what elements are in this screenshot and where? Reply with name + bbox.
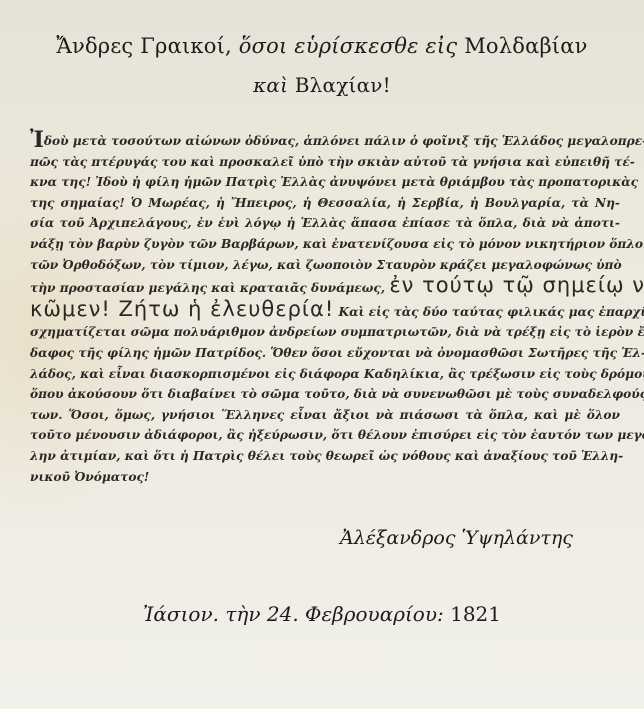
date-place: Ἰάσιον. τὴν 24. Φεβρουαρίου: [143,602,444,626]
body-line: κνα της! Ἰδοὺ ἡ φίλη ἡμῶν Πατρὶς Ἑλλὰς ἀ… [30,172,620,193]
motto-emphasis: ἐν τούτῳ τῷ σημείῳ νι- [389,273,644,297]
title-moldavia: Μολδαβίαν [464,34,587,58]
body-line: δαφος τῆς φίλης ἡμῶν Πατρίδος. Ὅθεν ὅσοι… [30,343,620,364]
title-greeting: Ἄνδρες Γραικοί, [56,34,232,58]
motto-emphasis: κῶμεν! Ζήτω ἡ ἐλευθερία! [30,297,334,321]
title-address: ὅσοι εὑρίσκεσθε εἰς [239,34,458,58]
body-line: νικοῦ Ὀνόματος! [30,467,620,488]
drop-cap: Ἰ [30,127,44,153]
body-line: λάδος, καὶ εἶναι διασκορπισμένοι εἰς διά… [30,364,620,385]
body-line: λην ἀτιμίαν, καὶ ὅτι ἡ Πατρὶς θέλει τοὺς… [30,446,620,467]
proclamation-title-line-2: καὶ Βλαχίαν! [0,73,644,97]
signature: Ἀλέξανδρος Ὑψηλάντης [340,527,573,549]
title-wallachia: Βλαχίαν! [295,73,391,97]
body-line: τῶν Ὀρθοδόξων, τὸν τίμιον, λέγω, καὶ ζωο… [30,255,620,276]
proclamation-body: Ἰδοὺ μετὰ τοσούτων αἰώνων ὀδύνας, ἁπλόνε… [30,130,620,487]
dateline: Ἰάσιον. τὴν 24. Φεβρουαρίου: 1821 [0,602,644,626]
body-line: τὴν προστασίαν μεγάλης καὶ κραταιᾶς δυνά… [30,275,620,299]
title-conjunction: καὶ [253,73,288,97]
body-line: νάξῃ τὸν βαρὺν ζυγὸν τῶν Βαρβάρων, καὶ ἐ… [30,234,620,255]
body-line: σία τοῦ Ἀρχιπελάγους, ἐν ἑνὶ λόγῳ ἡ Ἑλλὰ… [30,213,620,234]
body-line: πῶς τὰς πτέρυγάς του καὶ προσκαλεῖ ὑπὸ τ… [30,152,620,173]
proclamation-page: Ἄνδρες Γραικοί, ὅσοι εὑρίσκεσθε εἰς Μολδ… [0,0,644,709]
body-line: τοῦτο μένουσιν ἀδιάφοροι, ἂς ἠξεύρωσιν, … [30,425,620,446]
body-line: κῶμεν! Ζήτω ἡ ἐλευθερία! Καὶ εἰς τὰς δύο… [30,299,620,323]
proclamation-title-line-1: Ἄνδρες Γραικοί, ὅσοι εὑρίσκεσθε εἰς Μολδ… [0,34,644,58]
body-line: σχηματίζεται σῶμα πολυάριθμον ἀνδρείων σ… [30,322,620,343]
body-line: των. Ὅσοι, ὅμως, γνήσιοι Ἕλληνες εἶναι ἄ… [30,405,620,426]
body-line: της σημαίας! Ὁ Μωρέας, ἡ Ἤπειρος, ἡ Θεσσ… [30,193,620,214]
body-line: Ἰδοὺ μετὰ τοσούτων αἰώνων ὀδύνας, ἁπλόνε… [30,130,620,152]
body-line: ὅπου ἀκούσουν ὅτι διαβαίνει τὸ σῶμα τοῦτ… [30,384,620,405]
date-year: 1821 [450,602,501,626]
